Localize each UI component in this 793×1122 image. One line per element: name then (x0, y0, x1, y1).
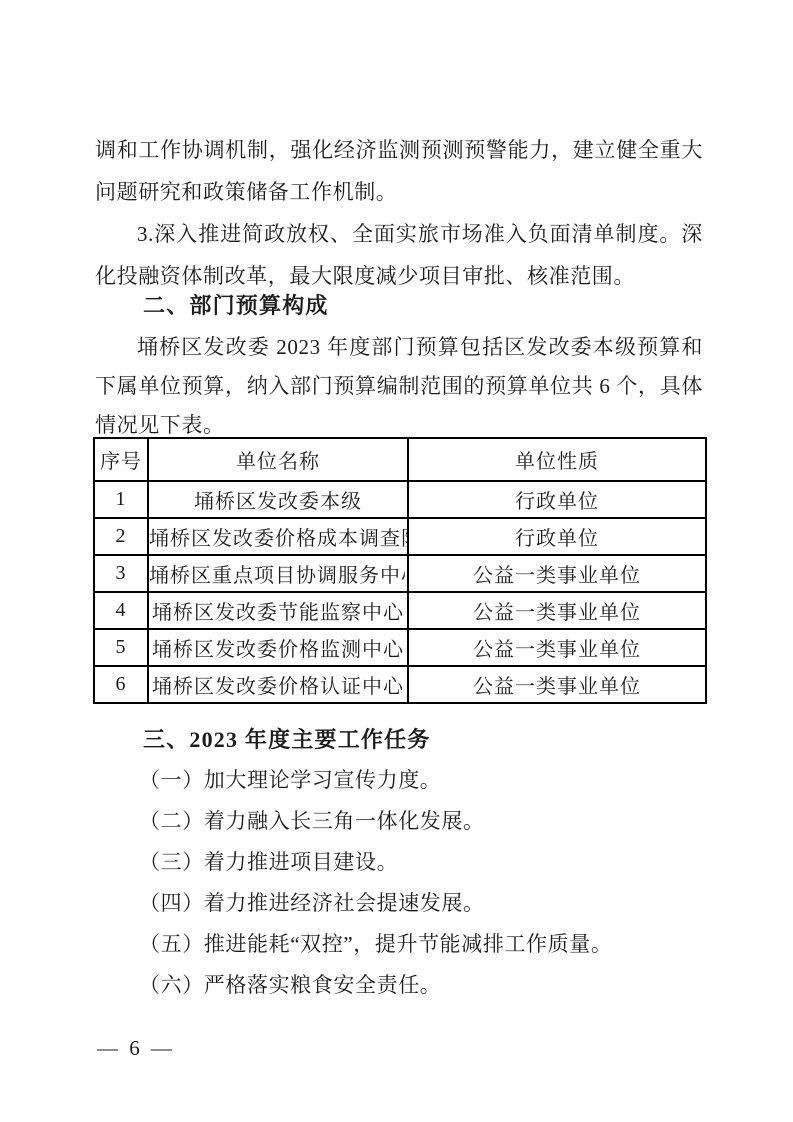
section2-paragraph: 埇桥区发改委 2023 年度部门预算包括区发改委本级预算和下属单位预算，纳入部门… (95, 328, 703, 445)
cell-unit-type: 公益一类事业单位 (408, 592, 706, 629)
cell-seq: 4 (94, 592, 148, 629)
col-header-unit-type: 单位性质 (408, 438, 706, 481)
cell-seq: 1 (94, 481, 148, 518)
col-header-unit-name: 单位名称 (148, 438, 408, 481)
paragraph-item-3: 3.深入推进简政放权、全面实旅市场准入负面清单制度。深化投融资体制改革，最大限度… (95, 213, 703, 297)
task-item-5: （五）推进能耗“双控”，提升节能减排工作质量。 (95, 924, 703, 965)
cell-unit-type: 行政单位 (408, 518, 706, 555)
document-page: 调和工作协调机制，强化经济监测预测预警能力，建立健全重大问题研究和政策储备工作机… (0, 0, 793, 1122)
cell-seq: 5 (94, 629, 148, 666)
cell-unit-name: 埇桥区发改委价格成本调查队 (148, 518, 408, 555)
paragraph-continuation: 调和工作协调机制，强化经济监测预测预警能力，建立健全重大问题研究和政策储备工作机… (95, 129, 703, 213)
task-list: （一）加大理论学习宣传力度。 （二）着力融入长三角一体化发展。 （三）着力推进项… (95, 760, 703, 1006)
cell-seq: 3 (94, 555, 148, 592)
budget-units-table: 序号 单位名称 单位性质 1 埇桥区发改委本级 行政单位 2 埇桥区发改委价格成… (93, 437, 707, 704)
cell-unit-type: 公益一类事业单位 (408, 629, 706, 666)
col-header-seq: 序号 (94, 438, 148, 481)
cell-seq: 6 (94, 666, 148, 703)
cell-seq: 2 (94, 518, 148, 555)
section-heading-budget-composition: 二、部门预算构成 (143, 289, 329, 320)
task-item-6: （六）严格落实粮食安全责任。 (95, 965, 703, 1006)
cell-unit-type: 公益一类事业单位 (408, 666, 706, 703)
cell-unit-type: 行政单位 (408, 481, 706, 518)
cell-unit-name: 埇桥区发改委节能监察中心 (148, 592, 408, 629)
section-heading-2023-tasks: 三、2023 年度主要工作任务 (143, 723, 431, 754)
task-item-3: （三）着力推进项目建设。 (95, 842, 703, 883)
task-item-4: （四）着力推进经济社会提速发展。 (95, 883, 703, 924)
cell-unit-type: 公益一类事业单位 (408, 555, 706, 592)
task-item-2: （二）着力融入长三角一体化发展。 (95, 801, 703, 842)
table-row: 5 埇桥区发改委价格监测中心 公益一类事业单位 (94, 629, 706, 666)
cell-unit-name: 埇桥区发改委本级 (148, 481, 408, 518)
cell-unit-name: 埇桥区发改委价格认证中心 (148, 666, 408, 703)
cell-unit-name: 埇桥区发改委价格监测中心 (148, 629, 408, 666)
table-row: 3 埇桥区重点项目协调服务中心 公益一类事业单位 (94, 555, 706, 592)
cell-unit-name: 埇桥区重点项目协调服务中心 (148, 555, 408, 592)
table-header-row: 序号 单位名称 单位性质 (94, 438, 706, 481)
table-row: 1 埇桥区发改委本级 行政单位 (94, 481, 706, 518)
task-item-1: （一）加大理论学习宣传力度。 (95, 760, 703, 801)
table-row: 4 埇桥区发改委节能监察中心 公益一类事业单位 (94, 592, 706, 629)
table-row: 2 埇桥区发改委价格成本调查队 行政单位 (94, 518, 706, 555)
page-number: — 6 — (97, 1036, 175, 1061)
table-row: 6 埇桥区发改委价格认证中心 公益一类事业单位 (94, 666, 706, 703)
